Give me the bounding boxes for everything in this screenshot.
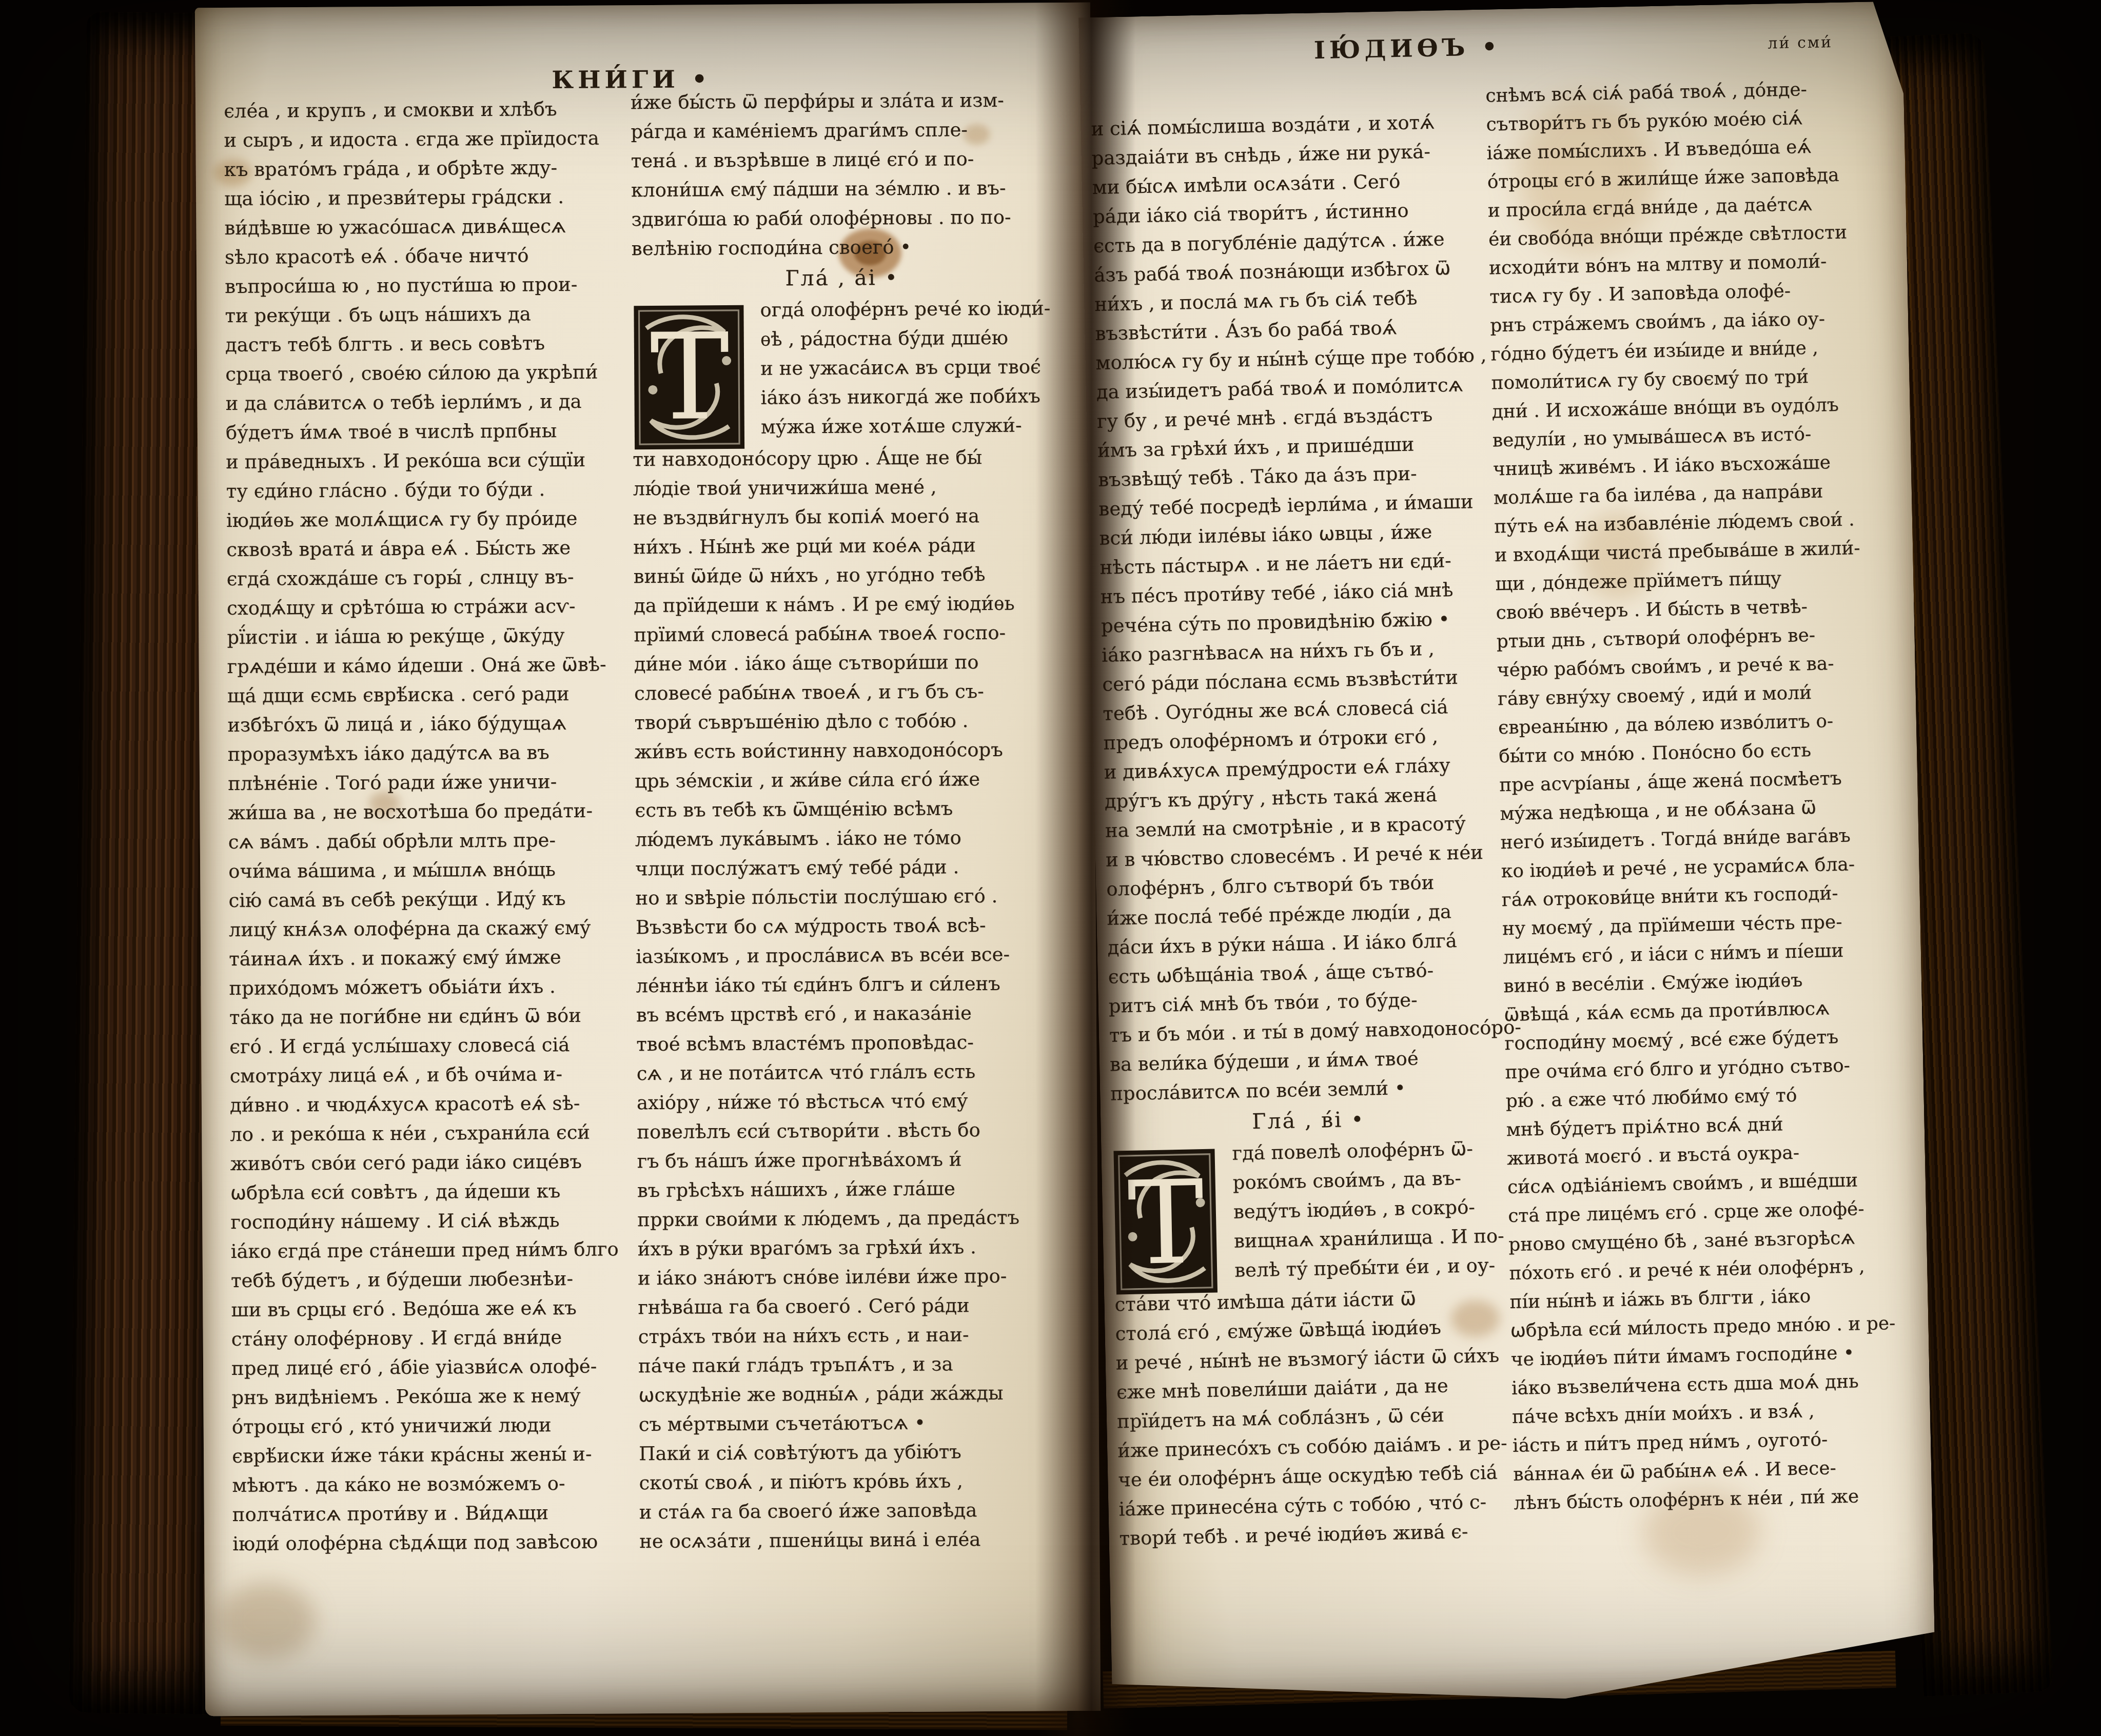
text-line: гнѣва́ша га ба своего́ . Сего́ ра́ди [638, 1294, 1058, 1326]
text-line: господи́ну на́шему . И сіѧ́ вѣждь [230, 1209, 646, 1240]
text-line: стра́хъ тво́и на ни́хъ єсть , и наи- [638, 1323, 1059, 1355]
text-line: огда́ олофе́рнъ рече́ ко іюди́- [760, 297, 1052, 328]
text-line: єле́а , и крупъ , и смокви и хлѣбъ [224, 97, 639, 129]
text-line: и́же бы́сть ѿ перфи́ры и зла́та и изм- [631, 89, 1051, 121]
text-line: роко́мъ свои́мъ , да въ- [1232, 1166, 1507, 1201]
text-line: велѣнію господи́на своего́ • [632, 235, 1052, 267]
text-line: Паки́ и сіѧ́ совѣту́ютъ да убію́тъ [639, 1440, 1059, 1472]
text-line: бу́детъ и́мѧ твое́ в числѣ прпбны [226, 419, 641, 451]
text-line: пррки свои́ми к лю́демъ , да преда́стъ [637, 1206, 1058, 1238]
text-line: въпроси́ша ю , но пусти́ша ю прои- [225, 273, 640, 305]
text-line: ща іо́сію , и презви́теры гра́дски . [224, 185, 640, 217]
text-line: лю́діе твои́ уничижи́ша мене́ , [633, 475, 1053, 507]
text-line: ахіо́ру , ни́же то́ вѣстьсѧ что́ єму́ [637, 1089, 1057, 1121]
text-line: ста́ну олофе́рнову . И єгда́ вни́де [231, 1326, 647, 1357]
text-line: мѣютъ . да ка́ко не возмо́жемъ о- [232, 1472, 647, 1504]
text-line: члци послу́жатъ єму́ тебе́ ра́ди . [635, 855, 1056, 887]
text-line: велѣ ту́ пребы́ти е́и , и оу- [1234, 1254, 1509, 1289]
text-line: и пра́ведныхъ . И реко́ша вси су́щїи [226, 448, 641, 480]
text-line: и сыръ , и идоста . єгда же прїидоста [224, 127, 639, 159]
text-line: избѣго́хъ ѿ лица́ и , іа́ко бу́дущаѧ [227, 712, 643, 743]
left-page-column-1: єле́а , и крупъ , и смокви и хлѣбъи сыръ… [224, 97, 648, 1562]
text-line: ни́хъ . Ны́нѣ же рци́ ми кое́ѧ ра́ди [633, 534, 1054, 565]
text-line: сѧ , и не пота́итсѧ что́ гла́лъ єсть [636, 1060, 1057, 1092]
text-line: жи́ша ва , не восхотѣша бо преда́ти- [228, 799, 643, 831]
folio-signature: ли́ сми́ [1768, 33, 1833, 53]
left-page: КНИ́ГИ • єле́а , и крупъ , и смокви и хл… [195, 3, 1101, 1717]
text-line: веду́тъ іюди́ѳъ , в сокро́- [1233, 1195, 1508, 1230]
text-line: Възвѣсти бо сѧ му́дрость твоѧ́ всѣ- [636, 914, 1056, 945]
left-page-column-2: и́же бы́сть ѿ перфи́ры и зла́та и изм-ра… [631, 89, 1060, 1560]
text-line: тена́ . и възрѣвше в лице́ єго́ и по- [631, 147, 1052, 179]
text-line: єгда́ схожда́ше съ горы́ , слнцу въ- [227, 565, 642, 597]
text-line: скоты́ своѧ́ , и пію́тъ кро́вь и́хъ , [639, 1469, 1059, 1501]
text-line: тебѣ бу́детъ , и бу́деши любезнѣи- [231, 1267, 646, 1299]
paper-stain [218, 1582, 316, 1660]
text-line: дастъ тебѣ блгть . и весь совѣтъ [225, 331, 641, 363]
text-line: ши въ срцы єго́ . Ведо́ша же еѧ́ къ [231, 1296, 646, 1328]
text-line: ѡскудѣніе же водны́ѧ , ра́ди жа́жды [638, 1382, 1059, 1413]
text-line: полча́тисѧ проти́ву и . Ви́дѧщи [232, 1501, 648, 1533]
ornamental-initial-icon: Т [632, 303, 747, 451]
text-line: та́инаѧ и́хъ . и покажу́ єму́ и́мже [229, 945, 644, 977]
running-title-left: КНИ́ГИ • [514, 65, 750, 95]
text-line: сходѧ́щу и срѣто́ша ю стра́жи асѵ- [227, 595, 642, 626]
text-line: ви́дѣвше ю ужасо́шасѧ дивѧ́щесѧ [224, 214, 640, 246]
text-line: плѣне́ніе . Того́ ради и́же уничи- [228, 770, 643, 802]
column-intro-lines: и сіѧ́ помы́слиша возда́ти , и хотѧ́разд… [1091, 110, 1506, 1112]
text-line: сквозѣ врата́ и а́вра еѧ́ . Бы́сть же [226, 536, 642, 568]
text-line: и не ужаса́исѧ въ срци твоє́ [760, 356, 1053, 386]
text-line: гъ бъ на́шъ и́же прогнѣва́хомъ и́ [637, 1148, 1057, 1179]
text-line: рнъ видѣніемъ . Реко́ша же к нему́ [231, 1384, 647, 1416]
text-line: ди́не мо́и . іа́ко а́ще сътвори́ши по [634, 650, 1055, 682]
text-line: не осѧза́ти , пшени́цы вина́ і еле́а [639, 1528, 1060, 1560]
text-line: проразумѣхъ іа́ко даду́тсѧ ва въ [228, 741, 643, 773]
text-line: ѡбрѣла єси́ совѣтъ , да и́деши къ [230, 1179, 646, 1211]
right-page-column-1: и сіѧ́ помы́слиша возда́ти , и хотѧ́разд… [1091, 110, 1515, 1557]
text-line: та́ко да не поги́бне ни єди́нъ ѿ во́и [229, 1004, 645, 1036]
text-line: твое́ всѣмъ власте́мъ проповѣдас- [636, 1031, 1057, 1062]
text-line: но и ѕвѣріе по́льстіи послу́шаю єго́ . [635, 884, 1056, 916]
text-line: смотра́ху лица́ еѧ́ , и бѣ очи́ма и- [229, 1062, 645, 1094]
text-line: ди́вно . и чюдѧ́хусѧ красотѣ еѧ́ ѕѣ- [230, 1092, 645, 1123]
text-line: вищнаѧ храни́лища . И по- [1234, 1225, 1509, 1259]
text-line: іюди́ олофе́рна сѣдѧ́щи под завѣсою [232, 1530, 648, 1562]
text-line: сѧ ва́мъ . дабы́ обрѣли млть пре- [228, 828, 644, 860]
text-line: рї́истіи . и іа́ша ю реку́ще , ѿку́ду [227, 624, 642, 656]
text-line: твори́ съвръше́нію дѣло с тобо́ю . [634, 709, 1055, 741]
text-line: очи́ма ва́шима , и мы́шлѧ вно́щь [228, 858, 644, 890]
text-line: и ста́ѧ га ба своего́ и́же заповѣда [639, 1498, 1060, 1530]
ornamental-initial-icon: Т [1111, 1147, 1220, 1296]
text-line: срца твоего́ , свое́ю си́лою да укрѣпи́ [225, 361, 641, 392]
text-line: ща́ дщи єсмь єврѣ́иска . сего́ ради [227, 682, 643, 714]
initial-adjacent-lines: огда́ олофе́рнъ рече́ ко іюди́-ѳѣ , ра́д… [760, 297, 1053, 445]
text-line: па́че паки́ гла́дъ тръпѧ́тъ , и за [638, 1352, 1059, 1384]
text-line: му́жа и́же хотѧ́ше служи́- [761, 414, 1053, 445]
text-line: ѳѣ , ра́достна бу́ди дше́ю [760, 326, 1053, 357]
text-line: о́троцы єго́ , кто́ уничижи́ люди [232, 1413, 647, 1445]
column-body-lines: ти навходоно́сору црю . А́ще не бы́лю́ді… [633, 446, 1060, 1560]
text-line: прїими́ словеса́ рабы́нѧ твоеѧ́ госпо- [634, 621, 1054, 653]
text-line: єсть въ тебѣ къ ѿмще́нію всѣмъ [635, 797, 1055, 828]
text-line: словесе́ рабы́нѧ твоеѧ́ , и гъ бъ съ- [634, 680, 1055, 712]
text-line: єго́ . И єгда́ услы́шаху словеса́ сіа́ [229, 1033, 645, 1065]
chapter-11-initial-letter: Т [650, 308, 730, 447]
text-line: повелѣлъ єси́ сътвори́ти . вѣсть бо [637, 1118, 1057, 1150]
text-line: ле́ннѣи іа́ко ты́ єди́нъ блгъ и си́ленъ [636, 972, 1056, 1004]
text-line: іа́ко а́зъ никогда́ же поби́хъ [760, 385, 1053, 416]
column-body-lines: ста́ви что́ имѣша да́ти іа́сти ѿстола́ є… [1114, 1286, 1515, 1556]
text-line: въ все́мъ црствѣ єго́ , и наказа́ніе [636, 1001, 1057, 1033]
right-page: ІЮ́ДИѲЪ • ли́ сми́ и сіѧ́ помы́слиша воз… [1078, 1, 1936, 1708]
text-line: ра́гда и каме́ніемъ драги́мъ спле- [631, 118, 1051, 150]
chapter-12-initial-row: Т гда́ повелѣ олофе́рнъ ѿ-роко́мъ свои́м… [1111, 1137, 1509, 1293]
text-line: клони́шѧ єму́ па́дши на зе́млю . и въ- [631, 176, 1052, 208]
text-line: да прїи́деши к на́мъ . И ре єму́ іюди́ѳь [634, 592, 1054, 624]
text-line: и да сла́витсѧ о тебѣ іерли́мъ , и да [225, 390, 641, 422]
running-title-right: ІЮ́ДИѲЪ • [1264, 32, 1552, 66]
text-line: лю́демъ лука́вымъ . іа́ко не то́мо [635, 826, 1056, 858]
text-line: іюди́ѳь же молѧ́щисѧ гу бу про́иде [226, 507, 642, 539]
text-line: іа́ко єгда́ пре ста́неши пред ни́мъ блго [231, 1238, 646, 1270]
text-line: въ грѣсѣхъ на́шихъ , и́же гла́ше [637, 1177, 1058, 1209]
text-line: живо́тъ сво́и сего́ ради іа́ко сице́въ [230, 1150, 645, 1182]
column-intro-lines: и́же бы́сть ѿ перфи́ры и зла́та и изм-ра… [631, 89, 1052, 267]
text-line: и́хъ в ру́ки враго́мъ за грѣхи́ и́хъ . [638, 1235, 1058, 1267]
text-line: жи́въ єсть вои́стинну навходоно́соръ [635, 738, 1055, 770]
text-line: не въздви́гнулъ бы копіѧ́ моего́ на [633, 504, 1054, 536]
initial-adjacent-lines: гда́ повелѣ олофе́рнъ ѿ-роко́мъ свои́мъ … [1232, 1137, 1509, 1289]
text-line: єврѣ́иски и́же та́ки кра́сны жены́ и- [232, 1443, 647, 1474]
text-line: грѧде́ши и ка́мо и́деши . Она́ же ѿвѣ- [227, 653, 643, 685]
chapter-11-heading: Гла́ , а́і • [632, 264, 1052, 300]
chapter-11-initial-row: Т огда́ олофе́рнъ рече́ ко іюди́-ѳѣ , ра… [632, 297, 1053, 448]
text-line: іазы́комъ , и просла́висѧ въ все́и все- [636, 943, 1056, 975]
text-line: и іа́ко зна́ютъ сно́ве іиле́ви и́же про- [638, 1265, 1058, 1296]
text-line: вины́ ѿи́де ѿ ни́хъ , но уго́дно тебѣ [634, 563, 1054, 595]
text-line: прихо́домъ мо́жетъ обьіа́ти и́хъ . [229, 975, 644, 1007]
chapter-12-initial-letter: Т [1127, 1156, 1206, 1291]
right-page-column-2: снѣмъ всѧ́ сіѧ́ раба́ твоѧ́ , до́нде-сът… [1485, 77, 1925, 1521]
text-line: црь зе́мскіи , и жи́ве си́ла єго́ и́же [635, 767, 1055, 799]
text-line: здвиго́ша ю раби́ олофе́рновы . по по- [631, 206, 1052, 238]
text-line: пред лице́ єго́ , а́біе уіазви́сѧ олофе́… [231, 1355, 647, 1387]
text-line: ѕѣло красотѣ еѧ́ . о́баче ничто́ [225, 244, 640, 275]
text-line: ти реку́щи . бъ ѡцъ на́шихъ да [225, 302, 640, 334]
text-line: гда́ повелѣ олофе́рнъ ѿ- [1232, 1137, 1507, 1172]
text-line: ло . и реко́ша к не́и , съхрани́ла єси́ [230, 1121, 645, 1153]
text-line: къ врато́мъ гра́да , и обрѣте жду- [224, 156, 640, 188]
text-line: ту єди́но гла́сно . бу́ди то бу́ди . [226, 478, 641, 509]
text-line: съ ме́ртвыми съчета́ютъсѧ • [639, 1411, 1059, 1443]
photo-of-open-book: КНИ́ГИ • єле́а , и крупъ , и смокви и хл… [0, 0, 2101, 1736]
text-line: сію́ сама́ въ себѣ реку́щи . Иду́ къ [228, 887, 644, 919]
text-line: лицу́ кнѧ́зѧ олофе́рна да скажу́ єму́ [229, 916, 644, 948]
